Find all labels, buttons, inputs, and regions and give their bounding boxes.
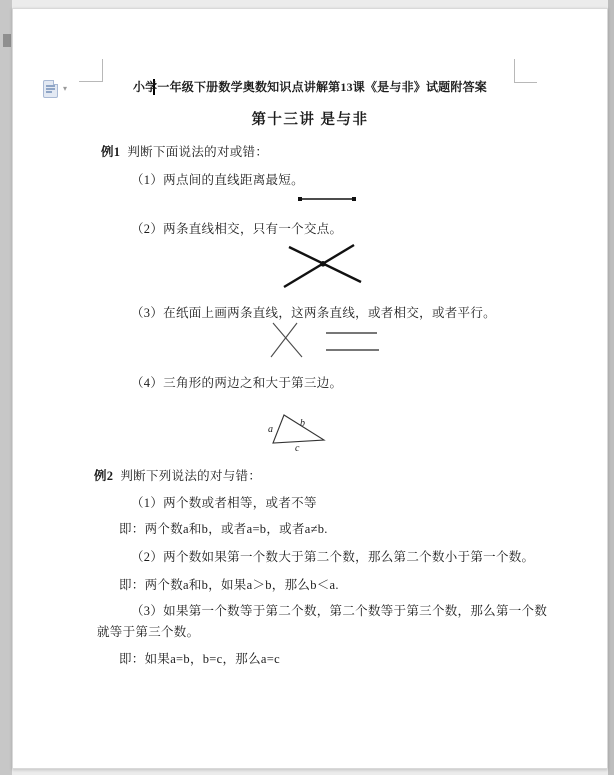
example2-intro: 判断下列说法的对与错：: [120, 469, 261, 483]
line-segment-figure: [297, 194, 359, 204]
triangle-figure: a b c: [261, 405, 345, 455]
crossing-and-parallel-lines-figure: [266, 320, 388, 362]
scrollbar-thumb[interactable]: [3, 34, 11, 47]
example1-label: 例1: [101, 145, 120, 159]
example2-intro-line: 例2判断下列说法的对与错：: [94, 466, 261, 484]
example1-item4: （4）三角形的两边之和大于第三边。: [131, 373, 342, 391]
example2-note3: 即：如果a=b，b=c，那么a=c: [119, 649, 280, 667]
lesson-heading: 第十三讲 是与非: [13, 108, 607, 129]
window-left-gutter: [0, 0, 12, 775]
document-title: 小学一年级下册数学奥数知识点讲解第13课《是与非》试题附答案: [13, 78, 607, 95]
example2-item3: （3）如果第一个数等于第二个数，第二个数等于第三个数，那么第一个数就等于第三个数…: [97, 601, 555, 643]
example1-intro-line: 例1判断下面说法的对或错：: [101, 142, 268, 160]
app-window: { "document": { "title": "小学一年级下册数学奥数知识点…: [0, 0, 614, 775]
example2-item2: （2）两个数如果第一个数大于第二个数，那么第二个数小于第一个数。: [131, 547, 534, 565]
example2-item1: （1）两个数或者相等，或者不等: [131, 493, 317, 511]
example1-item1: （1）两点间的直线距离最短。: [131, 170, 304, 188]
triangle-side-b-label: b: [300, 418, 305, 429]
example2-label: 例2: [94, 469, 113, 483]
triangle-side-c-label: c: [295, 443, 300, 454]
window-right-gutter: [608, 0, 614, 775]
example1-item2: （2）两条直线相交，只有一个交点。: [131, 219, 342, 237]
example1-item3: （3）在纸面上画两条直线，这两条直线，或者相交，或者平行。: [131, 303, 496, 321]
document-page[interactable]: ▾ 小学一年级下册数学奥数知识点讲解第13课《是与非》试题附答案 第十三讲 是与…: [12, 8, 608, 769]
example1-intro: 判断下面说法的对或错：: [127, 145, 268, 159]
intersecting-lines-figure: [282, 243, 366, 291]
example2-note1: 即：两个数a和b，或者a=b，或者a≠b.: [119, 519, 328, 537]
triangle-side-a-label: a: [268, 424, 273, 435]
example2-note2: 即：两个数a和b，如果a＞b，那么b＜a.: [119, 575, 339, 593]
